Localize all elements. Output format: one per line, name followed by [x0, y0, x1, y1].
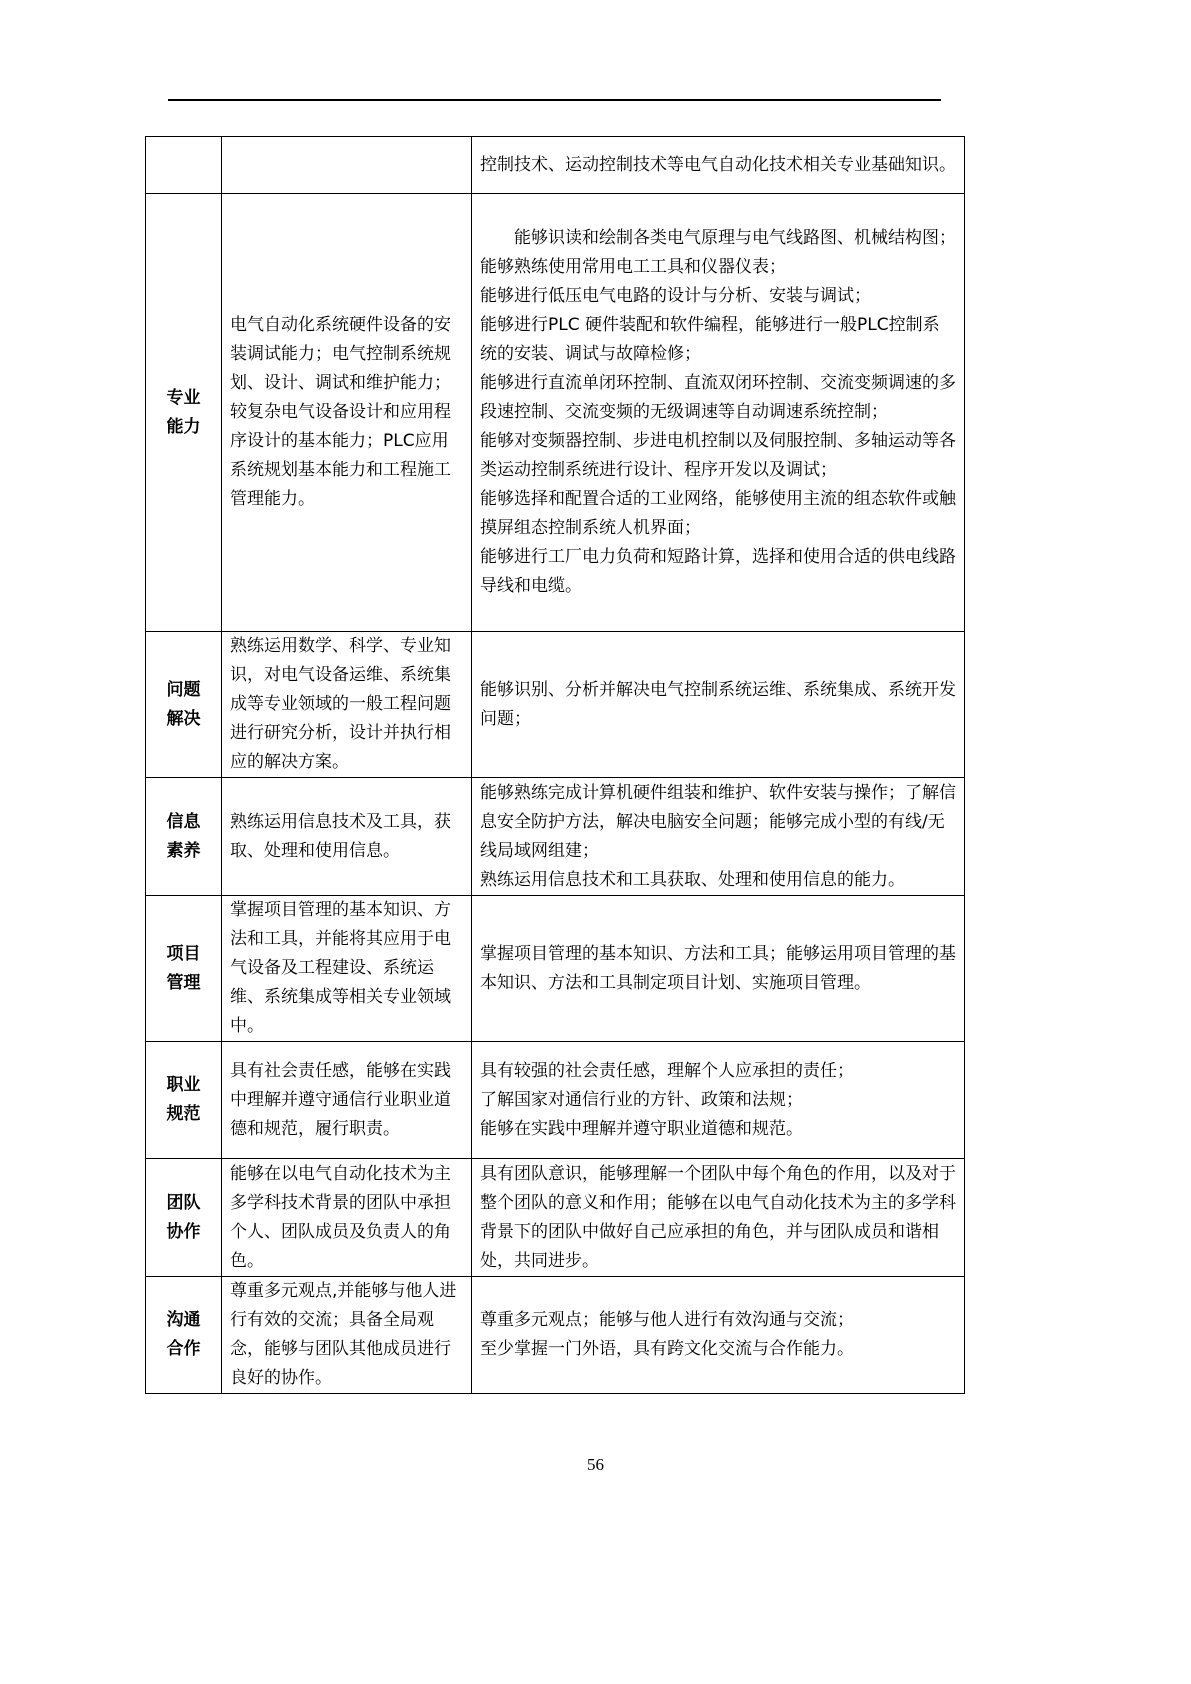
requirement-cell: 掌握项目管理的基本知识、方法和工具，并能将其应用于电气设备及工程建设、系统运维、… — [222, 896, 472, 1042]
requirement-text: 掌握项目管理的基本知识、方法和工具，并能将其应用于电气设备及工程建设、系统运维、… — [230, 896, 463, 1041]
indicator-text: 能够进行低压电气电路的设计与分析、安装与调试； — [480, 282, 956, 311]
indicator-text: 能够识读和绘制各类电气原理与电气线路图、机械结构图； — [480, 224, 956, 253]
requirement-cell: 能够在以电气自动化技术为主多学科技术背景的团队中承担个人、团队成员及负责人的角色… — [222, 1159, 472, 1277]
indicator-cell: 尊重多元观点；能够与他人进行有效沟通与交流； 至少掌握一门外语，具有跨文化交流与… — [472, 1277, 965, 1394]
category-label: 信息 — [154, 808, 213, 837]
indicator-cell: 能够熟练完成计算机硬件组装和维护、软件安装与操作；了解信息安全防护方法，解决电脑… — [472, 778, 965, 896]
indicator-text: 能够选择和配置合适的工业网络，能够使用主流的组态软件或触摸屏组态控制系统人机界面… — [480, 485, 956, 543]
category-label: 沟通 — [154, 1306, 213, 1335]
category-label: 管理 — [154, 969, 213, 998]
indicator-text: 能够识别、分析并解决电气控制系统运维、系统集成、系统开发问题； — [480, 676, 956, 734]
indicator-cell: 能够识读和绘制各类电气原理与电气线路图、机械结构图； 能够熟练使用常用电工工具和… — [472, 194, 965, 632]
category-cell: 问题 解决 — [146, 632, 222, 778]
requirement-cell: 具有社会责任感，能够在实践中理解并遵守通信行业职业道德和规范，履行职责。 — [222, 1042, 472, 1159]
category-cell: 信息 素养 — [146, 778, 222, 896]
requirement-text: 熟练运用信息技术及工具，获取、处理和使用信息。 — [230, 808, 463, 866]
header-rule — [168, 99, 941, 101]
category-cell — [146, 137, 222, 194]
indicator-text: 至少掌握一门外语，具有跨文化交流与合作能力。 — [480, 1335, 956, 1364]
page-number: 56 — [0, 1455, 1191, 1475]
indicator-text: 能够对变频器控制、步进电机控制以及伺服控制、多轴运动等各类运动控制系统进行设计、… — [480, 427, 956, 485]
category-label: 素养 — [154, 837, 213, 866]
requirement-text: 能够在以电气自动化技术为主多学科技术背景的团队中承担个人、团队成员及负责人的角色… — [230, 1160, 463, 1276]
table-row: 控制技术、运动控制技术等电气自动化技术相关专业基础知识。 — [146, 137, 965, 194]
category-label: 专业 — [154, 384, 213, 413]
category-cell: 职业 规范 — [146, 1042, 222, 1159]
category-label: 职业 — [154, 1071, 213, 1100]
table-row: 职业 规范 具有社会责任感，能够在实践中理解并遵守通信行业职业道德和规范，履行职… — [146, 1042, 965, 1159]
category-label: 解决 — [154, 705, 213, 734]
indicator-text: 熟练运用信息技术和工具获取、处理和使用信息的能力。 — [480, 866, 956, 895]
requirement-cell: 熟练运用信息技术及工具，获取、处理和使用信息。 — [222, 778, 472, 896]
indicator-cell: 能够识别、分析并解决电气控制系统运维、系统集成、系统开发问题； — [472, 632, 965, 778]
requirement-cell: 电气自动化系统硬件设备的安装调试能力；电气控制系统规划、设计、调试和维护能力；较… — [222, 194, 472, 632]
category-label: 问题 — [154, 676, 213, 705]
competency-table: 控制技术、运动控制技术等电气自动化技术相关专业基础知识。 专业 能力 电气自动化… — [145, 136, 965, 1394]
indicator-text: 能够进行工厂电力负荷和短路计算，选择和使用合适的供电线路导线和电缆。 — [480, 543, 956, 601]
category-label: 团队 — [154, 1189, 213, 1218]
indicator-text: 能够进行直流单闭环控制、直流双闭环控制、交流变频调速的多段速控制、交流变频的无级… — [480, 369, 956, 427]
category-cell: 专业 能力 — [146, 194, 222, 632]
indicator-text: 能够熟练完成计算机硬件组装和维护、软件安装与操作；了解信息安全防护方法，解决电脑… — [480, 779, 956, 866]
indicator-text: 尊重多元观点；能够与他人进行有效沟通与交流； — [480, 1306, 956, 1335]
indicator-cell: 具有较强的社会责任感，理解个人应承担的责任； 了解国家对通信行业的方针、政策和法… — [472, 1042, 965, 1159]
table-row: 项目 管理 掌握项目管理的基本知识、方法和工具，并能将其应用于电气设备及工程建设… — [146, 896, 965, 1042]
indicator-text: 了解国家对通信行业的方针、政策和法规； — [480, 1086, 956, 1115]
category-label: 能力 — [154, 413, 213, 442]
requirement-text: 熟练运用数学、科学、专业知识，对电气设备运维、系统集成等专业领域的一般工程问题进… — [230, 632, 463, 777]
indicator-text: 具有团队意识，能够理解一个团队中每个角色的作用，以及对于整个团队的意义和作用；能… — [480, 1160, 956, 1276]
requirement-text: 电气自动化系统硬件设备的安装调试能力；电气控制系统规划、设计、调试和维护能力；较… — [230, 311, 463, 514]
indicator-text: 具有较强的社会责任感，理解个人应承担的责任； — [480, 1057, 956, 1086]
category-label: 合作 — [154, 1335, 213, 1364]
table-row: 专业 能力 电气自动化系统硬件设备的安装调试能力；电气控制系统规划、设计、调试和… — [146, 194, 965, 632]
category-cell: 沟通 合作 — [146, 1277, 222, 1394]
category-cell: 团队 协作 — [146, 1159, 222, 1277]
requirement-cell: 尊重多元观点,并能够与他人进行有效的交流；具备全局观念，能够与团队其他成员进行良… — [222, 1277, 472, 1394]
indicator-text: 能够进行PLC 硬件装配和软件编程，能够进行一般PLC控制系统的安装、调试与故障… — [480, 311, 956, 369]
indicator-cell: 具有团队意识，能够理解一个团队中每个角色的作用，以及对于整个团队的意义和作用；能… — [472, 1159, 965, 1277]
category-label: 协作 — [154, 1218, 213, 1247]
requirement-text: 具有社会责任感，能够在实践中理解并遵守通信行业职业道德和规范，履行职责。 — [230, 1057, 463, 1144]
indicator-cell: 掌握项目管理的基本知识、方法和工具；能够运用项目管理的基本知识、方法和工具制定项… — [472, 896, 965, 1042]
category-label: 项目 — [154, 940, 213, 969]
table-row: 团队 协作 能够在以电气自动化技术为主多学科技术背景的团队中承担个人、团队成员及… — [146, 1159, 965, 1277]
indicator-text: 控制技术、运动控制技术等电气自动化技术相关专业基础知识。 — [480, 151, 956, 180]
requirement-cell — [222, 137, 472, 194]
indicator-text: 能够在实践中理解并遵守职业道德和规范。 — [480, 1115, 956, 1144]
indicator-text: 掌握项目管理的基本知识、方法和工具；能够运用项目管理的基本知识、方法和工具制定项… — [480, 940, 956, 998]
category-label: 规范 — [154, 1100, 213, 1129]
category-cell: 项目 管理 — [146, 896, 222, 1042]
requirement-text: 尊重多元观点,并能够与他人进行有效的交流；具备全局观念，能够与团队其他成员进行良… — [230, 1277, 463, 1393]
indicator-text: 能够熟练使用常用电工工具和仪器仪表； — [480, 253, 956, 282]
requirement-cell: 熟练运用数学、科学、专业知识，对电气设备运维、系统集成等专业领域的一般工程问题进… — [222, 632, 472, 778]
table-row: 沟通 合作 尊重多元观点,并能够与他人进行有效的交流；具备全局观念，能够与团队其… — [146, 1277, 965, 1394]
table-row: 信息 素养 熟练运用信息技术及工具，获取、处理和使用信息。 能够熟练完成计算机硬… — [146, 778, 965, 896]
indicator-cell: 控制技术、运动控制技术等电气自动化技术相关专业基础知识。 — [472, 137, 965, 194]
table-row: 问题 解决 熟练运用数学、科学、专业知识，对电气设备运维、系统集成等专业领域的一… — [146, 632, 965, 778]
